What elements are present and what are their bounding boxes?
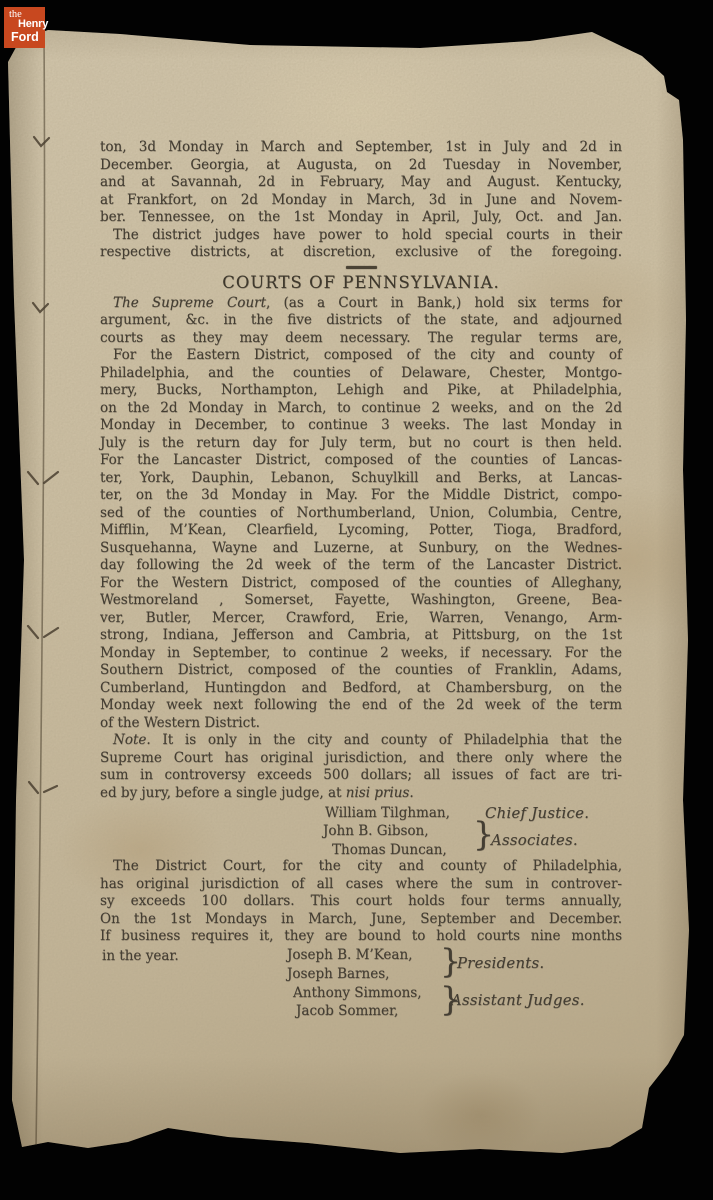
- stitch-mark-icon: [29, 782, 57, 793]
- text-line: sed of the counties of Northumberland, U…: [100, 505, 622, 523]
- judge-name: Jacob Sommer,: [296, 1003, 398, 1020]
- text-line: For the Lancaster District, composed of …: [100, 452, 622, 470]
- judges-group-title: Presidents.: [457, 955, 544, 972]
- text-line: Westmoreland , Somerset, Fayette, Washin…: [100, 592, 622, 610]
- text-line: If business requires it, they are bound …: [100, 928, 622, 946]
- judges-group-title: Assistant Judges.: [451, 992, 585, 1009]
- text-line: Monday week next following the end of th…: [100, 697, 622, 715]
- text-line: Supreme Court has original jurisdiction,…: [100, 750, 622, 768]
- text-line: Southern District, composed of the count…: [100, 662, 622, 680]
- text-line: ber. Tennessee, on the 1st Monday in Apr…: [100, 209, 622, 227]
- text-line: For the Western District, composed of th…: [100, 575, 622, 593]
- text-line: For the Eastern District, composed of th…: [100, 347, 622, 365]
- district-court-judges-list: in the year. Joseph B. M’Kean, Joseph Ba…: [100, 946, 622, 1024]
- supreme-court-justices-list: William Tilghman, Chief Justice. John B.…: [100, 802, 622, 858]
- section-heading: COURTS OF PENNSYLVANIA.: [100, 272, 622, 295]
- photo-background: ton, 3d Monday in March and September, 1…: [0, 0, 713, 1200]
- text-line: The District Court, for the city and cou…: [100, 858, 622, 876]
- text-line: ed by jury, before a single judge, at ni…: [100, 785, 622, 803]
- text-line: sum in controversy exceeds 500 dollars; …: [100, 767, 622, 785]
- judge-name: Joseph B. M’Kean,: [287, 947, 412, 964]
- justice-title: Chief Justice.: [485, 805, 589, 822]
- text-line: ton, 3d Monday in March and September, 1…: [100, 139, 622, 157]
- paragraph-block-district-court: The District Court, for the city and cou…: [100, 858, 622, 946]
- text-line: strong, Indiana, Jefferson and Cambria, …: [100, 627, 622, 645]
- section-divider: [346, 266, 377, 269]
- logo-text-ford: Ford: [11, 30, 39, 44]
- text-line: day following the 2d week of the term of…: [100, 557, 622, 575]
- paragraph-block-courts-schedule: ton, 3d Monday in March and September, 1…: [100, 139, 622, 262]
- stitch-mark-icon: [34, 137, 49, 146]
- logo-text-henry: Henry: [18, 18, 48, 30]
- text-line: Cumberland, Huntingdon and Bedford, at C…: [100, 680, 622, 698]
- text-line: ter, York, Dauphin, Lebanon, Schuylkill …: [100, 470, 622, 488]
- text-line: July is the return day for July term, bu…: [100, 435, 622, 453]
- text-line: at Frankfort, on 2d Monday in March, 3d …: [100, 192, 622, 210]
- judge-name: Anthony Simmons,: [293, 985, 422, 1002]
- justices-group-title: Associates.: [491, 832, 578, 849]
- text-line: ver, Butler, Mercer, Crawford, Erie, War…: [100, 610, 622, 628]
- text-line: Note. It is only in the city and county …: [100, 732, 622, 750]
- text-line: argument, &c. in the five districts of t…: [100, 312, 622, 330]
- book-page: ton, 3d Monday in March and September, 1…: [0, 0, 713, 1200]
- justice-name: John B. Gibson,: [323, 823, 429, 840]
- text-line: Mifflin, M’Kean, Clearfield, Lycoming, P…: [100, 522, 622, 540]
- text-line: The Supreme Court, (as a Court in Bank,)…: [100, 295, 622, 313]
- text-line: of the Western District.: [100, 715, 622, 733]
- text-line: Monday in September, to continue 2 weeks…: [100, 645, 622, 663]
- text-line: ter, on the 3d Monday in May. For the Mi…: [100, 487, 622, 505]
- text-line: Philadelphia, and the counties of Delawa…: [100, 365, 622, 383]
- justice-name: Thomas Duncan,: [332, 842, 447, 859]
- text-line: courts as they may deem necessary. The r…: [100, 330, 622, 348]
- text-line: The district judges have power to hold s…: [100, 227, 622, 245]
- text-line: mery, Bucks, Northampton, Lehigh and Pik…: [100, 382, 622, 400]
- text-line: respective districts, at discretion, exc…: [100, 244, 622, 262]
- text-line: and at Savannah, 2d in February, May and…: [100, 174, 622, 192]
- text-line: sy exceeds 100 dollars. This court holds…: [100, 893, 622, 911]
- text-line: On the 1st Mondays in March, June, Septe…: [100, 911, 622, 929]
- printed-text-column: ton, 3d Monday in March and September, 1…: [100, 139, 622, 1024]
- henry-ford-logo: the Henry Ford: [4, 7, 45, 48]
- binding-crease: [36, 33, 45, 1148]
- text-line: Monday in December, to continue 3 weeks.…: [100, 417, 622, 435]
- judge-name: Joseph Barnes,: [287, 966, 389, 983]
- text-line: Susquehanna, Wayne and Luzerne, at Sunbu…: [100, 540, 622, 558]
- paragraph-end-text: in the year.: [102, 948, 179, 965]
- text-line: December. Georgia, at Augusta, on 2d Tue…: [100, 157, 622, 175]
- stitch-mark-icon: [33, 303, 48, 312]
- justice-name: William Tilghman,: [325, 805, 450, 822]
- text-line: has original jurisdiction of all cases w…: [100, 876, 622, 894]
- stitch-mark-icon: [28, 626, 58, 638]
- text-line: on the 2d Monday in March, to continue 2…: [100, 400, 622, 418]
- paragraph-block-pennsylvania-courts: The Supreme Court, (as a Court in Bank,)…: [100, 295, 622, 803]
